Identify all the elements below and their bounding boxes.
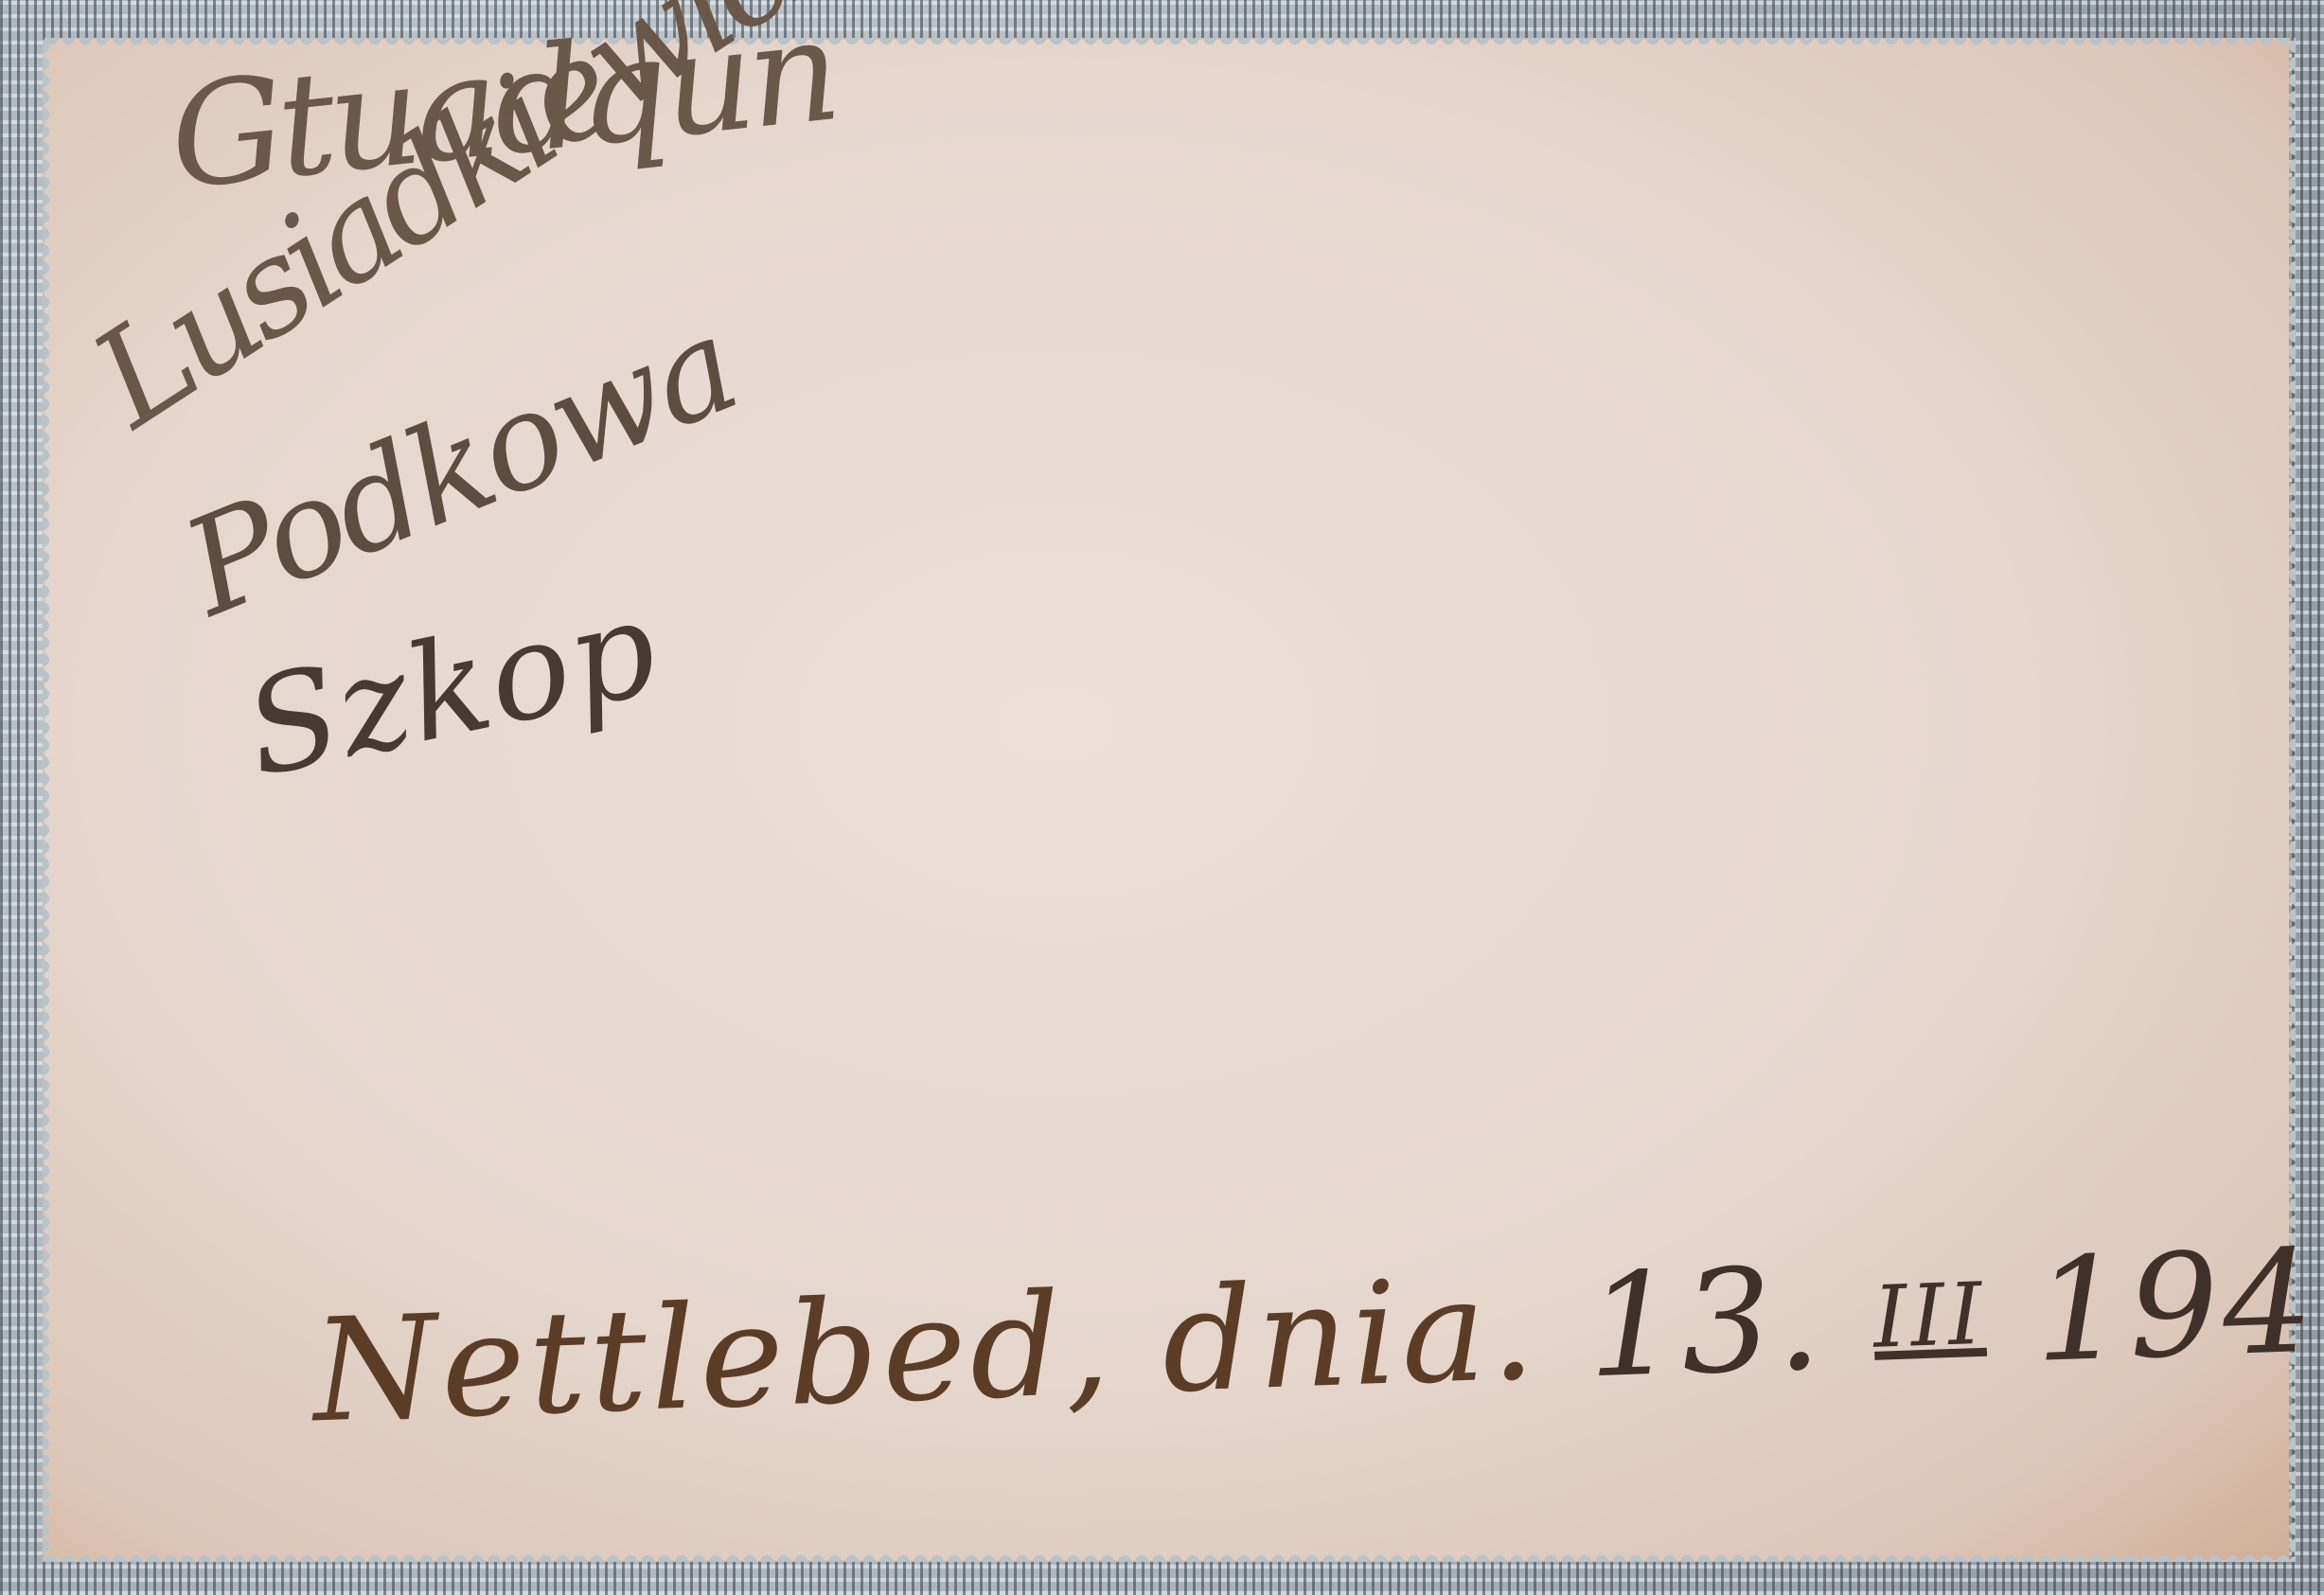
date-month: III	[1872, 1265, 1987, 1368]
date-day: 13.	[1585, 1237, 1827, 1410]
scalloped-edge-left	[43, 38, 56, 1562]
date-year: 1947.	[2031, 1214, 2324, 1394]
dnia-word: dnia.	[1160, 1247, 1542, 1425]
place-name: Nettlebed,	[310, 1262, 1116, 1454]
scalloped-edge-bottom	[43, 1549, 2296, 1562]
